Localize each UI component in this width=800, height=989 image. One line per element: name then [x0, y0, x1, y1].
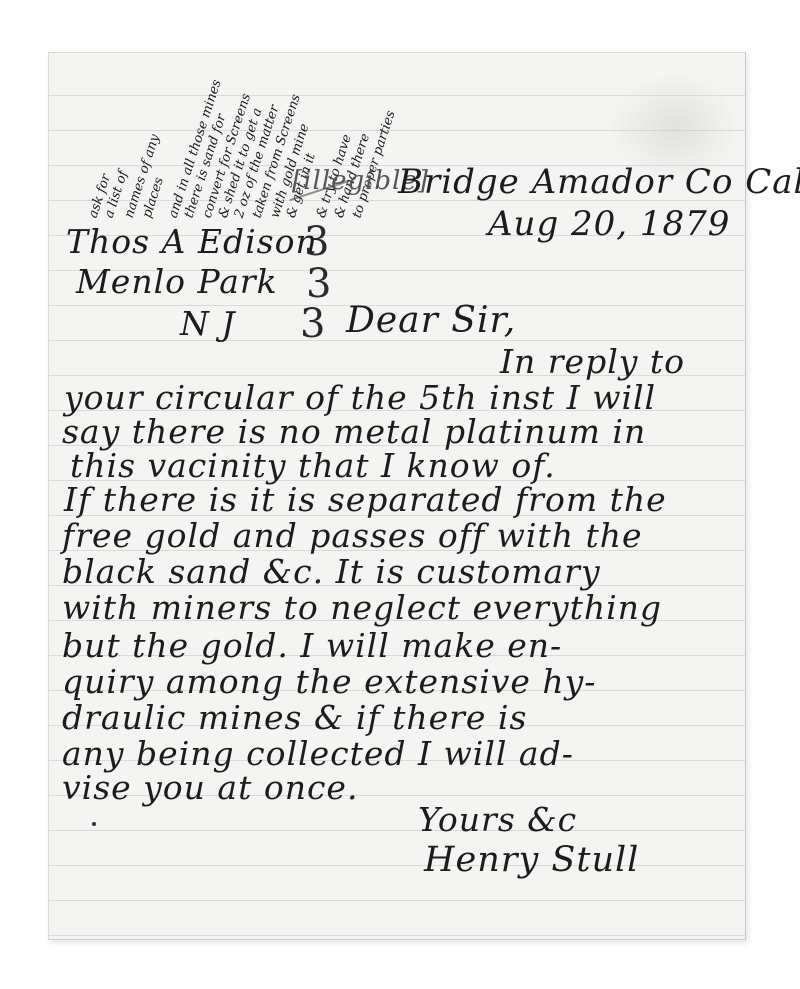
- signature: Henry Stull: [424, 840, 639, 880]
- body-line: black sand &c. It is customary: [62, 552, 601, 591]
- dateline-place: Bridge Amador Co Cal: [398, 162, 800, 202]
- body-line: draulic mines & if there is: [62, 698, 527, 737]
- body-line: If there is it is separated from the: [64, 480, 667, 519]
- body-line: but the gold. I will make en-: [62, 626, 562, 665]
- brace-mark: 3: [306, 264, 331, 304]
- body-line: quiry among the extensive hy-: [62, 662, 596, 701]
- margin-annotations: ask for a list of names of any places an…: [88, 60, 398, 220]
- ink-dot: [92, 822, 96, 826]
- addressee-place: Menlo Park: [76, 262, 278, 301]
- body-line: with miners to neglect everything: [62, 588, 662, 627]
- addressee-state: N J: [180, 304, 236, 343]
- closing: Yours &c: [418, 800, 577, 839]
- brace-mark: 3: [300, 304, 325, 344]
- salutation: Dear Sir,: [346, 300, 516, 341]
- body-line: vise you at once.: [62, 768, 358, 807]
- brace-mark: 3: [304, 222, 329, 262]
- body-line: In reply to: [500, 342, 685, 381]
- dateline-date: Aug 20, 1879: [488, 204, 730, 244]
- body-line: free gold and passes off with the: [62, 516, 643, 555]
- addressee-name: Thos A Edison: [66, 222, 318, 261]
